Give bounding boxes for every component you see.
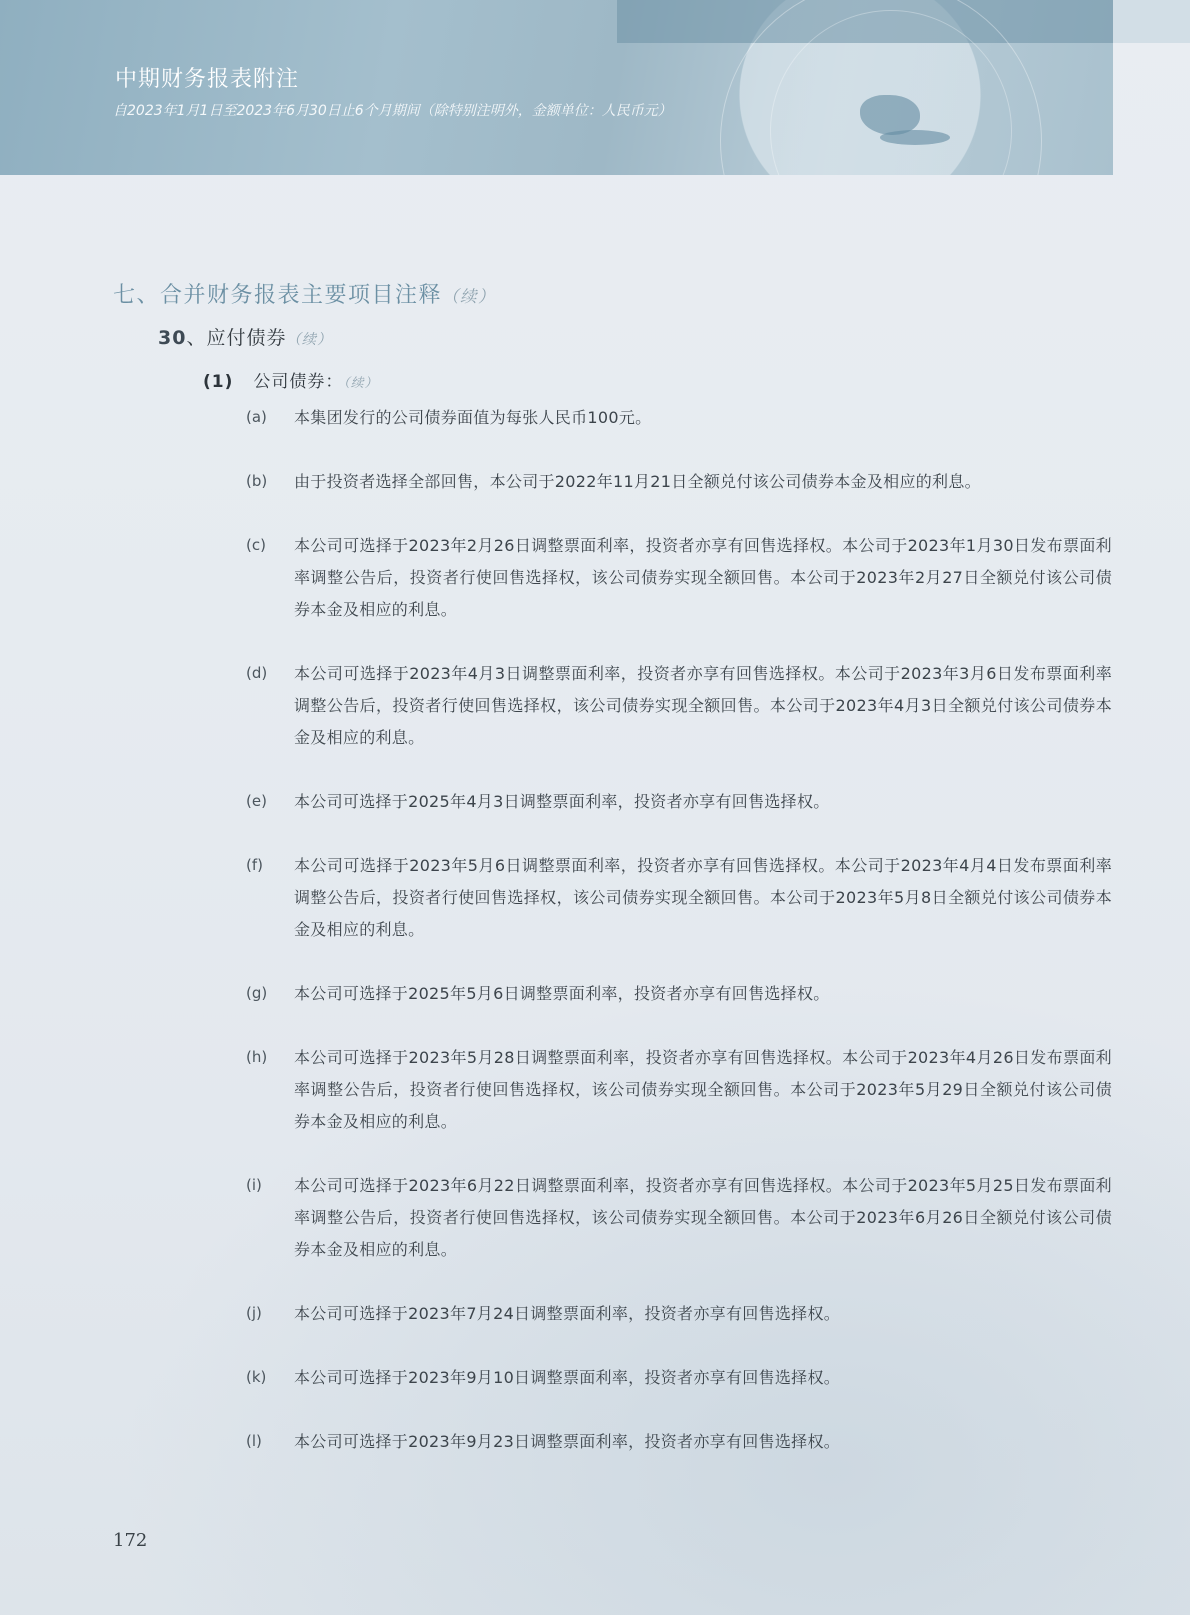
- note-label: (c): [246, 536, 286, 554]
- note-label: (b): [246, 472, 286, 490]
- note-label: (k): [246, 1368, 286, 1386]
- item-number: (1): [203, 372, 233, 392]
- subsection-title: 、应付债券: [186, 327, 286, 349]
- note-text: 本公司可选择于2023年2月26日调整票面利率，投资者亦享有回售选择权。本公司于…: [294, 530, 1112, 626]
- note-label: (i): [246, 1176, 286, 1194]
- note-text: 由于投资者选择全部回售，本公司于2022年11月21日全额兑付该公司债券本金及相…: [294, 466, 1112, 498]
- subsection-continued: （续）: [286, 332, 332, 348]
- continent-shape: [880, 130, 950, 145]
- section-title: 合并财务报表主要项目注释: [160, 283, 442, 308]
- note-text: 本公司可选择于2023年5月28日调整票面利率，投资者亦享有回售选择权。本公司于…: [294, 1042, 1112, 1138]
- note-text: 本公司可选择于2025年4月3日调整票面利率，投资者亦享有回售选择权。: [294, 786, 1112, 818]
- note-text: 本公司可选择于2025年5月6日调整票面利率，投资者亦享有回售选择权。: [294, 978, 1112, 1010]
- note-text: 本公司可选择于2023年7月24日调整票面利率，投资者亦享有回售选择权。: [294, 1298, 1112, 1330]
- note-text: 本集团发行的公司债券面值为每张人民币100元。: [294, 402, 1112, 434]
- note-label: (g): [246, 984, 286, 1002]
- section-number: 七、: [113, 283, 160, 308]
- note-label: (a): [246, 408, 286, 426]
- subsection-number: 30: [158, 327, 186, 349]
- note-label: (j): [246, 1304, 286, 1322]
- item-continued: （续）: [343, 376, 378, 391]
- note-text: 本公司可选择于2023年9月10日调整票面利率，投资者亦享有回售选择权。: [294, 1362, 1112, 1394]
- section-heading: 七、合并财务报表主要项目注释（续）: [113, 278, 496, 309]
- item-title: 公司债券：: [253, 372, 343, 392]
- note-label: (e): [246, 792, 286, 810]
- note-label: (l): [246, 1432, 286, 1450]
- subsection-heading: 30、应付债券（续）: [158, 323, 332, 350]
- note-text: 本公司可选择于2023年4月3日调整票面利率，投资者亦享有回售选择权。本公司于2…: [294, 658, 1112, 754]
- note-text: 本公司可选择于2023年5月6日调整票面利率，投资者亦享有回售选择权。本公司于2…: [294, 850, 1112, 946]
- corner-strip: [1113, 0, 1190, 43]
- page-number: 172: [113, 1530, 147, 1551]
- section-continued: （续）: [442, 287, 496, 306]
- note-text: 本公司可选择于2023年9月23日调整票面利率，投资者亦享有回售选择权。: [294, 1426, 1112, 1458]
- document-subtitle: 自2023年1月1日至2023年6月30日止6个月期间（除特别注明外，金额单位：…: [113, 100, 672, 120]
- note-label: (d): [246, 664, 286, 682]
- item-heading: (1)公司债券：（续）: [203, 367, 378, 392]
- note-label: (h): [246, 1048, 286, 1066]
- note-text: 本公司可选择于2023年6月22日调整票面利率，投资者亦享有回售选择权。本公司于…: [294, 1170, 1112, 1266]
- note-label: (f): [246, 856, 286, 874]
- document-title: 中期财务报表附注: [115, 62, 299, 93]
